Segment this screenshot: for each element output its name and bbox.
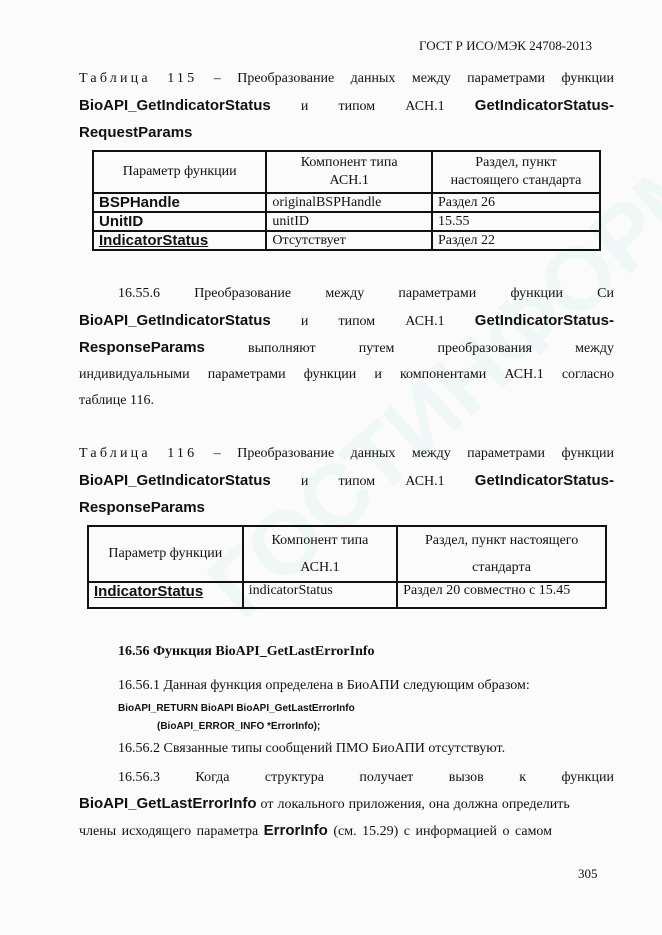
table116-caption-line3: ResponseParams: [79, 499, 205, 516]
table-row: IndicatorStatus indicatorStatus Раздел 2…: [88, 582, 606, 608]
para-16-55-6-line2: BioAPI_GetIndicatorStatus и типом АСН.1 …: [79, 311, 614, 331]
section-title: 16.56 Функция BioAPI_GetLastErrorInfo: [118, 644, 375, 660]
para-16-56-1: 16.56.1 Данная функция определена в БиоА…: [118, 678, 530, 694]
header-param: Параметр функции: [93, 151, 266, 193]
para-16-55-6-line5: таблице 116.: [79, 393, 154, 409]
para-16-56-3-line2: BioAPI_GetLastErrorInfo от локального пр…: [79, 795, 614, 813]
para-16-56-2: 16.56.2 Связанные типы сообщений ПМО Био…: [118, 741, 505, 757]
header-section: Раздел, пункт настоящегостандарта: [397, 526, 606, 582]
para-16-56-3-line1: 16.56.3 Когда структура получает вызов к…: [118, 768, 614, 788]
table-116: Параметр функции Компонент типаАСН.1 Раз…: [87, 525, 607, 609]
table-row: IndicatorStatus Отсутствует Раздел 22: [93, 231, 600, 250]
header-component: Компонент типаАСН.1: [266, 151, 432, 193]
table-row: UnitID unitID 15.55: [93, 212, 600, 231]
page-number: 305: [578, 866, 598, 882]
table115-caption-line1: Таблица 115 – Преобразование данных межд…: [79, 69, 614, 89]
table116-caption-line2: BioAPI_GetIndicatorStatus и типом АСН.1 …: [79, 471, 614, 491]
table-row: BSPHandle originalBSPHandle Раздел 26: [93, 193, 600, 212]
header-component: Компонент типаАСН.1: [243, 526, 397, 582]
code-line-2: (BioAPI_ERROR_INFO *ErrorInfo);: [157, 721, 320, 732]
para-16-55-6-line1: 16.55.6 Преобразование между параметрами…: [118, 284, 614, 304]
para-16-55-6-line4: индивидуальными параметрами функции и ко…: [79, 365, 614, 385]
table115-caption-line3: RequestParams: [79, 124, 192, 141]
para-16-55-6-line3: ResponseParams выполняют путем преобразо…: [79, 338, 614, 358]
table116-caption-line1: Таблица 116 – Преобразование данных межд…: [79, 444, 614, 464]
header-section: Раздел, пунктнастоящего стандарта: [432, 151, 600, 193]
para-16-56-3-line3: члены исходящего параметра ErrorInfo (см…: [79, 822, 614, 840]
table115-caption-line2: BioAPI_GetIndicatorStatus и типом АСН.1 …: [79, 96, 614, 116]
code-line-1: BioAPI_RETURN BioAPI BioAPI_GetLastError…: [118, 703, 355, 714]
table-115: Параметр функции Компонент типаАСН.1 Раз…: [92, 150, 601, 251]
standard-header: ГОСТ Р ИСО/МЭК 24708-2013: [419, 38, 592, 54]
header-param: Параметр функции: [88, 526, 243, 582]
